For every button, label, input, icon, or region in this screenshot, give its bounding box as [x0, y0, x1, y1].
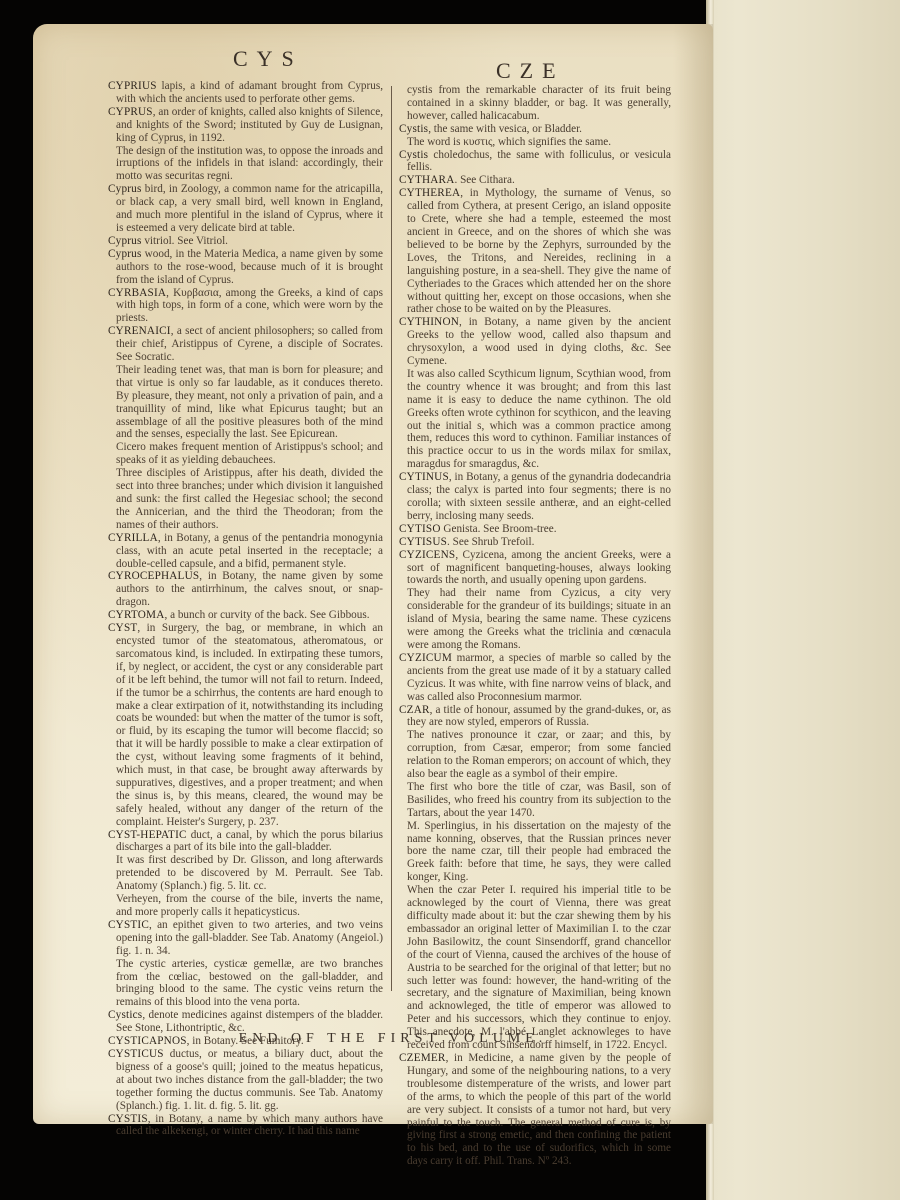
entry-text: , in Surgery, the bag, or membrane, in w… — [116, 622, 383, 828]
entry-text: Verheyen, from the course of the bile, i… — [116, 893, 383, 918]
dictionary-entry: CYPRUS, an order of knights, called also… — [108, 106, 383, 145]
entry-text: The design of the institution was, to op… — [116, 145, 383, 183]
entry-paragraph: Verheyen, from the course of the bile, i… — [108, 893, 383, 919]
entry-headword: CYTHINON — [399, 316, 459, 328]
entry-text: vitriol. See Vitriol. — [142, 235, 228, 247]
entry-paragraph: cystis from the remarkable character of … — [399, 84, 671, 123]
entry-headword: CZAR — [399, 704, 430, 716]
entry-paragraph: The first who bore the title of czar, wa… — [399, 781, 671, 820]
entry-text: Their leading tenet was, that man is bor… — [116, 364, 383, 441]
entry-headword: Cystics — [108, 1009, 142, 1021]
entry-headword: CYTINUS — [399, 471, 449, 483]
entry-headword: CYTISUS — [399, 536, 447, 548]
entry-headword: CYSTIS — [108, 1113, 148, 1125]
entry-text: , in Mythology, the surname of Venus, so… — [407, 187, 671, 315]
entry-headword: Cyprus — [108, 235, 142, 247]
book-page: CYS CZE CYPRIUS lapis, a kind of adamant… — [33, 24, 713, 1124]
dictionary-entry: CYRILLA, in Botany, a genus of the penta… — [108, 532, 383, 571]
entry-text: , a title of honour, assumed by the gran… — [407, 704, 671, 729]
dictionary-entry: CZAR, a title of honour, assumed by the … — [399, 704, 671, 730]
entry-headword: CYROCEPHALUS — [108, 570, 199, 582]
entry-headword: CYZICENS — [399, 549, 455, 561]
entry-paragraph: It was also called Scythicum lignum, Scy… — [399, 368, 671, 471]
entry-text: They had their name from Cyzicus, a city… — [407, 587, 671, 651]
entry-text: Genista. See Broom-tree. — [441, 523, 557, 535]
entry-text: , an epithet given to two arteries, and … — [116, 919, 383, 957]
dictionary-entry: CZEMER, in Medicine, a name given by the… — [399, 1052, 671, 1168]
entry-paragraph: The cystic arteries, cysticæ gemellæ, ar… — [108, 958, 383, 1010]
entry-text: , in Medicine, a name given by the peopl… — [407, 1052, 671, 1167]
entry-text: The first who bore the title of czar, wa… — [407, 781, 671, 819]
entry-text: The natives pronounce it czar, or zaar; … — [407, 729, 671, 780]
entry-headword: CYRBASIA — [108, 287, 166, 299]
entry-text: . See Shrub Trefoil. — [447, 536, 534, 548]
dictionary-entry: Cystis, the same with vesica, or Bladder… — [399, 123, 671, 136]
column-divider — [391, 86, 392, 991]
entry-paragraph: It was first described by Dr. Glisson, a… — [108, 854, 383, 893]
dictionary-entry: CYTHARA. See Cithara. — [399, 174, 671, 187]
entry-headword: Cyprus — [108, 248, 142, 260]
page-crease-shadow — [673, 24, 713, 1124]
entry-text: , a bunch or curvity of the back. See Gi… — [164, 609, 369, 621]
right-column: cystis from the remarkable character of … — [399, 84, 671, 1168]
entry-text: bird, in Zoology, a common name for the … — [116, 183, 383, 234]
dictionary-entry: CYZICENS, Cyzicena, among the ancient Gr… — [399, 549, 671, 588]
entry-text: , the same with vesica, or Bladder. — [428, 123, 582, 135]
dictionary-entry: CYRENAICI, a sect of ancient philosopher… — [108, 325, 383, 364]
entry-text: M. Sperlingius, in his dissertation on t… — [407, 820, 671, 884]
entry-paragraph: The word is κυστις, which signifies the … — [399, 136, 671, 149]
entry-text: lapis, a kind of adamant brought from Cy… — [116, 80, 383, 105]
entry-headword: CYZICUM — [399, 652, 452, 664]
entry-text: cystis from the remarkable character of … — [407, 84, 671, 122]
entry-headword: CYRILLA — [108, 532, 158, 544]
dictionary-entry: CYRBASIA, Κυρβασια, among the Greeks, a … — [108, 287, 383, 326]
dictionary-entry: CYSTIS, in Botany, a name by which many … — [108, 1113, 383, 1139]
dictionary-entry: Cyprus bird, in Zoology, a common name f… — [108, 183, 383, 235]
entry-text: It was first described by Dr. Glisson, a… — [116, 854, 383, 892]
running-head-left: CYS — [233, 46, 303, 72]
dictionary-entry: CYST, in Surgery, the bag, or membrane, … — [108, 622, 383, 829]
entry-text: wood, in the Materia Medica, a name give… — [116, 248, 383, 286]
entry-text: choledochus, the same with folliculus, o… — [407, 149, 671, 174]
dictionary-entry: CYSTICUS ductus, or meatus, a biliary du… — [108, 1048, 383, 1113]
running-head-right: CZE — [496, 58, 565, 84]
left-column: CYPRIUS lapis, a kind of adamant brought… — [108, 80, 383, 1138]
entry-text: When the czar Peter I. required his impe… — [407, 884, 671, 1051]
dictionary-entry: Cystis choledochus, the same with follic… — [399, 149, 671, 175]
entry-headword: CYPRIUS — [108, 80, 157, 92]
entry-headword: CYRTOMA — [108, 609, 164, 621]
entry-headword: CYST-HEPATIC — [108, 829, 187, 841]
colophon: END OF THE FIRST VOLUME. — [233, 1031, 553, 1047]
dictionary-entry: CYSTIC, an epithet given to two arteries… — [108, 919, 383, 958]
dictionary-entry: CYRTOMA, a bunch or curvity of the back.… — [108, 609, 383, 622]
entry-headword: Cystis — [399, 149, 428, 161]
entry-paragraph: The design of the institution was, to op… — [108, 145, 383, 184]
entry-headword: CYPRUS — [108, 106, 153, 118]
entry-headword: CZEMER — [399, 1052, 446, 1064]
entry-headword: CYTHARA — [399, 174, 454, 186]
entry-headword: CYST — [108, 622, 137, 634]
entry-text: Three disciples of Aristippus, after his… — [116, 467, 383, 531]
entry-headword: Cystis — [399, 123, 428, 135]
entry-headword: CYRENAICI — [108, 325, 171, 337]
dictionary-entry: CYST-HEPATIC duct, a canal, by which the… — [108, 829, 383, 855]
entry-text: The word is κυστις, which signifies the … — [407, 136, 611, 148]
dictionary-entry: CYZICUM marmor, a species of marble so c… — [399, 652, 671, 704]
entry-paragraph: Cicero makes frequent mention of Aristip… — [108, 441, 383, 467]
entry-text: Cicero makes frequent mention of Aristip… — [116, 441, 383, 466]
entry-paragraph: They had their name from Cyzicus, a city… — [399, 587, 671, 652]
entry-headword: CYTHEREA — [399, 187, 460, 199]
facing-page-edge — [708, 0, 900, 1200]
entry-paragraph: The natives pronounce it czar, or zaar; … — [399, 729, 671, 781]
entry-text: The cystic arteries, cysticæ gemellæ, ar… — [116, 958, 383, 1009]
entry-text: It was also called Scythicum lignum, Scy… — [407, 368, 671, 470]
entry-headword: CYTISO — [399, 523, 441, 535]
dictionary-entry: CYTHINON, in Botany, a name given by the… — [399, 316, 671, 368]
entry-headword: CYSTIC — [108, 919, 149, 931]
entry-headword: CYSTICAPNOS — [108, 1035, 187, 1047]
entry-paragraph: Their leading tenet was, that man is bor… — [108, 364, 383, 441]
dictionary-entry: CYTINUS, in Botany, a genus of the gynan… — [399, 471, 671, 523]
entry-text: , an order of knights, called also knigh… — [116, 106, 383, 144]
dictionary-entry: Cyprus wood, in the Materia Medica, a na… — [108, 248, 383, 287]
entry-paragraph: M. Sperlingius, in his dissertation on t… — [399, 820, 671, 885]
dictionary-entry: CYPRIUS lapis, a kind of adamant brought… — [108, 80, 383, 106]
entry-headword: CYSTICUS — [108, 1048, 164, 1060]
dictionary-entry: CYTISUS. See Shrub Trefoil. — [399, 536, 671, 549]
entry-text: , in Botany, a name by which many author… — [116, 1113, 383, 1138]
dictionary-entry: CYROCEPHALUS, in Botany, the name given … — [108, 570, 383, 609]
dictionary-entry: Cyprus vitriol. See Vitriol. — [108, 235, 383, 248]
entry-paragraph: When the czar Peter I. required his impe… — [399, 884, 671, 1052]
dictionary-entry: CYTISO Genista. See Broom-tree. — [399, 523, 671, 536]
entry-headword: Cyprus — [108, 183, 142, 195]
entry-text: . See Cithara. — [454, 174, 514, 186]
dictionary-entry: CYTHEREA, in Mythology, the surname of V… — [399, 187, 671, 316]
entry-paragraph: Three disciples of Aristippus, after his… — [108, 467, 383, 532]
